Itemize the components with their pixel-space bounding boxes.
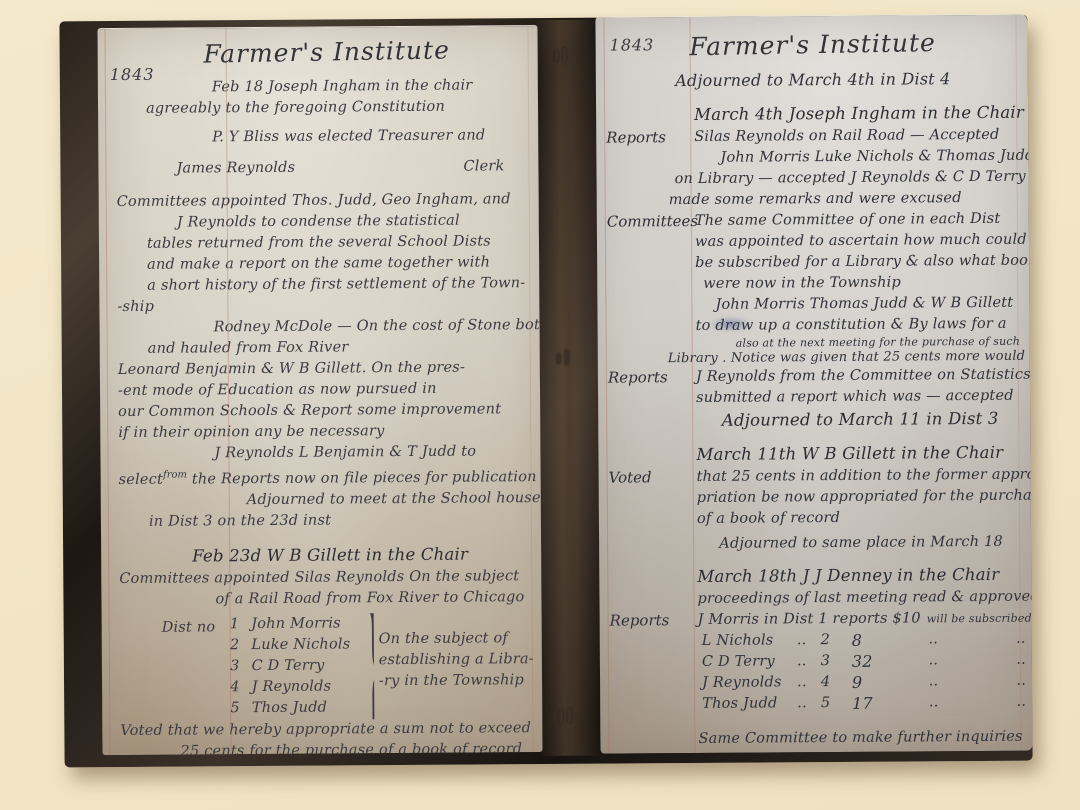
right-page-text: Farmer's Institute Adjourned to March 4t… <box>595 15 1032 754</box>
manuscript-line: Leonard Benjamin & W B Gillett. On the p… <box>118 357 532 381</box>
manuscript-line: John Morris Luke Nichols & Thomas Judd <box>720 146 1022 169</box>
district-member: J Reynolds <box>252 677 332 699</box>
district-member: Thos Judd <box>252 698 327 720</box>
manuscript-line: J Reynolds L Benjamin & T Judd to <box>214 441 532 464</box>
member-name: J Reynolds <box>702 672 797 694</box>
select-line: selectfrom the Reports now on file piece… <box>119 462 533 491</box>
ditto-mark: .. <box>1016 671 1026 692</box>
entry-heading: March 11th W B Gillett in the Chair <box>696 441 1024 467</box>
manuscript-line: proceedings of last meeting read & appro… <box>697 587 1025 610</box>
district-number: 5 <box>216 698 240 719</box>
district-row: 5Thos Judd <box>216 697 351 719</box>
manuscript-line: Same Committee to make further inquiries <box>698 727 1026 750</box>
amount: 17 <box>852 692 929 714</box>
page-title: Farmer's Institute <box>123 34 529 70</box>
manuscript-line: -ship <box>117 294 531 318</box>
member-name: L Nichols <box>702 630 797 652</box>
adjourn-line: Adjourned to March 11 in Dist 3 <box>696 407 1024 433</box>
manuscript-line: P. Y Bliss was elected Treasurer and <box>212 125 530 148</box>
table-row-tail: will be subscribed for Library <box>927 611 1033 626</box>
manuscript-line: Silas Reynolds on Rail Road — Accepted <box>694 125 1022 148</box>
constitution-block: John Morris Thomas Judd & W B Gillett to… <box>605 293 1023 368</box>
ditto-mark: .. <box>929 671 1017 693</box>
subscription-table-row: J Morris in Dist 1 reports $10 will be s… <box>698 608 1026 631</box>
district-number: 5 <box>821 693 852 714</box>
district-member: John Morris <box>251 613 341 635</box>
ditto-mark: .. <box>797 651 821 672</box>
district-table: Dist no 1John Morris 2Luke Nichols 3C D … <box>162 612 535 721</box>
page-title: Farmer's Institute <box>603 26 1021 62</box>
table-row-main: J Morris in Dist 1 reports $10 <box>698 608 921 631</box>
manuscript-line: -ent mode of Education as now pursued in <box>118 378 532 402</box>
district-note: On the subject of establishing a Libra- … <box>378 612 534 719</box>
ditto-mark: .. <box>797 630 821 651</box>
entry-heading: March 4th Joseph Ingham in the Chair <box>694 101 1022 127</box>
member-name: C D Terry <box>702 651 797 673</box>
member-name: Thos Judd <box>702 693 797 715</box>
manuscript-line: John Morris Thomas Judd & W B Gillett <box>715 293 1023 316</box>
ditto-mark: .. <box>928 629 1016 651</box>
committees-block: Committees The same Committee of one in … <box>605 209 1024 296</box>
manuscript-line: on Library — accepted J Reynolds & C D T… <box>674 167 1022 190</box>
district-row: 3C D Terry <box>215 655 350 677</box>
entry-heading: Feb 23d W B Gillett in the Chair <box>127 542 533 569</box>
manuscript-line: J Reynolds from the Committee on Statist… <box>696 365 1024 388</box>
clerk-line: James Reynolds Clerk <box>176 156 530 179</box>
adjourn-line: Adjourned to same place in March 18 <box>697 532 1025 555</box>
left-page: 1843 Farmer's Institute Feb 18 Joseph In… <box>97 26 542 755</box>
manuscript-line: agreeably to the foregoing Constitution <box>146 96 530 120</box>
manuscript-line: was appointed to ascertain how much coul… <box>695 230 1023 253</box>
ditto-mark: .. <box>928 650 1016 672</box>
district-rows: 1John Morris 2Luke Nichols 3C D Terry 4J… <box>215 613 351 720</box>
manuscript-line: made some remarks and were excused <box>669 188 1023 211</box>
manuscript-line: and hauled from Fox River <box>148 336 532 360</box>
note-line: -ry in the Township <box>379 670 534 692</box>
reports-block-2: Reports J Reynolds from the Committee on… <box>606 365 1024 434</box>
interline-insertion: from <box>163 470 187 481</box>
manuscript-line: The same Committee of one in each Dist <box>695 209 1023 232</box>
manuscript-line: Adjourned to meet at the School house <box>247 488 533 511</box>
district-row: 1John Morris <box>215 613 350 635</box>
reports-block-3: Reports J Morris in Dist 1 reports $10 w… <box>608 608 1027 716</box>
entry-march-4: March 4th Joseph Ingham in the Chair <box>604 101 1022 128</box>
left-page-text: Farmer's Institute Feb 18 Joseph Ingham … <box>97 26 542 755</box>
manuscript-line: Committees appointed Thos. Judd, Geo Ing… <box>117 189 531 213</box>
right-page: 1843 Farmer's Institute Adjourned to Mar… <box>595 15 1032 754</box>
district-number: 4 <box>216 677 240 698</box>
photo-of-minutes-book: 1843 Farmer's Institute Feb 18 Joseph In… <box>0 0 1080 810</box>
entry-march-18: March 18th J J Denney in the Chair proce… <box>607 563 1025 611</box>
margin-label: Reports <box>610 611 696 630</box>
margin-label: Voted <box>609 468 695 487</box>
district-number: 3 <box>215 656 239 677</box>
manuscript-line: of a Rail Road from Fox River to Chicago <box>215 587 533 610</box>
manuscript-line: tables returned from the several School … <box>147 231 531 255</box>
manuscript-line: our Common Schools & Report some improve… <box>118 399 532 423</box>
voted-line: Voted that we hereby appropriate a sum n… <box>120 718 534 742</box>
manuscript-line: a short history of the first settlement … <box>147 273 531 297</box>
manuscript-line: Committees appointed Silas Reynolds On t… <box>119 566 533 590</box>
entry-heading: March 18th J J Denney in the Chair <box>697 563 1025 589</box>
ditto-mark: .. <box>1016 650 1026 671</box>
manuscript-line: J Reynolds to condense the statistical <box>177 210 531 233</box>
district-row: 2Luke Nichols <box>215 634 350 656</box>
district-number: 4 <box>821 672 852 693</box>
district-number: 1 <box>215 614 239 635</box>
subscription-table-row: Thos Judd..517.... <box>702 692 1026 715</box>
manuscript-line: were now in the Township <box>703 272 1023 295</box>
manuscript-line: Rodney McDole — On the cost of Stone bot <box>213 315 531 338</box>
note-line: On the subject of <box>378 628 533 650</box>
open-ledger-book: 1843 Farmer's Institute Feb 18 Joseph In… <box>57 3 1038 774</box>
manuscript-line: and make a report on the same together w… <box>147 252 531 276</box>
district-row: 4J Reynolds <box>216 676 351 698</box>
brace-glyph: } <box>351 613 374 719</box>
right-page-surface: 1843 Farmer's Institute Adjourned to Mar… <box>595 15 1032 754</box>
amount: 32 <box>852 650 929 672</box>
manuscript-line: that 25 cents in addition to the former … <box>697 465 1025 488</box>
ditto-mark: .. <box>1017 692 1027 713</box>
district-table-label: Dist no <box>162 614 216 720</box>
amount: 8 <box>852 629 929 651</box>
manuscript-line: submitted a report which was — accepted <box>696 386 1024 409</box>
manuscript-line: Feb 18 Joseph Ingham in the chair <box>212 75 530 98</box>
manuscript-line: be subscribed for a Library & also what … <box>695 251 1023 274</box>
ditto-mark: .. <box>1016 629 1026 650</box>
subscription-table-row: J Reynolds..49.... <box>702 671 1026 694</box>
select-word: select <box>119 472 164 488</box>
reports-block-1: Reports Silas Reynolds on Rail Road — Ac… <box>604 125 1023 212</box>
select-rest: the Reports now on file pieces for publi… <box>187 469 537 487</box>
district-number: 2 <box>821 630 852 651</box>
voted-block: Voted that 25 cents in addition to the f… <box>607 465 1026 556</box>
entry-march-11: March 11th W B Gillett in the Chair <box>606 441 1024 468</box>
margin-label: Committees <box>607 212 693 231</box>
ditto-mark: .. <box>797 693 821 714</box>
subscription-table-row: C D Terry..332.... <box>702 650 1026 673</box>
clerk-role: Clerk <box>463 156 504 177</box>
district-number: 2 <box>215 635 239 656</box>
ditto-mark: .. <box>929 692 1017 714</box>
ditto-mark: .. <box>797 672 821 693</box>
district-member: Luke Nichols <box>251 634 350 656</box>
subscription-table-row: L Nichols..28.... <box>702 629 1026 652</box>
manuscript-line: of a book of record <box>697 507 1025 530</box>
manuscript-line: in Dist 3 on the 23d inst <box>149 509 533 533</box>
manuscript-line: priation be now appropriated for the pur… <box>697 486 1025 509</box>
district-member: C D Terry <box>251 656 324 678</box>
amount: 9 <box>852 671 929 693</box>
margin-label: Reports <box>608 368 694 387</box>
left-page-surface: 1843 Farmer's Institute Feb 18 Joseph In… <box>97 26 542 755</box>
note-line: establishing a Libra- <box>379 649 534 671</box>
adjourn-line: Adjourned to March 4th in Dist 4 <box>604 68 1022 92</box>
manuscript-line: to draw up a constitution & By laws for … <box>696 314 1024 337</box>
district-number: 3 <box>821 651 852 672</box>
closing-block: Same Committee to make further inquiries… <box>608 727 1026 754</box>
clerk-name: James Reynolds <box>176 158 295 180</box>
margin-label: Reports <box>606 128 692 147</box>
manuscript-line: if in their opinion any be necessary <box>118 420 532 444</box>
